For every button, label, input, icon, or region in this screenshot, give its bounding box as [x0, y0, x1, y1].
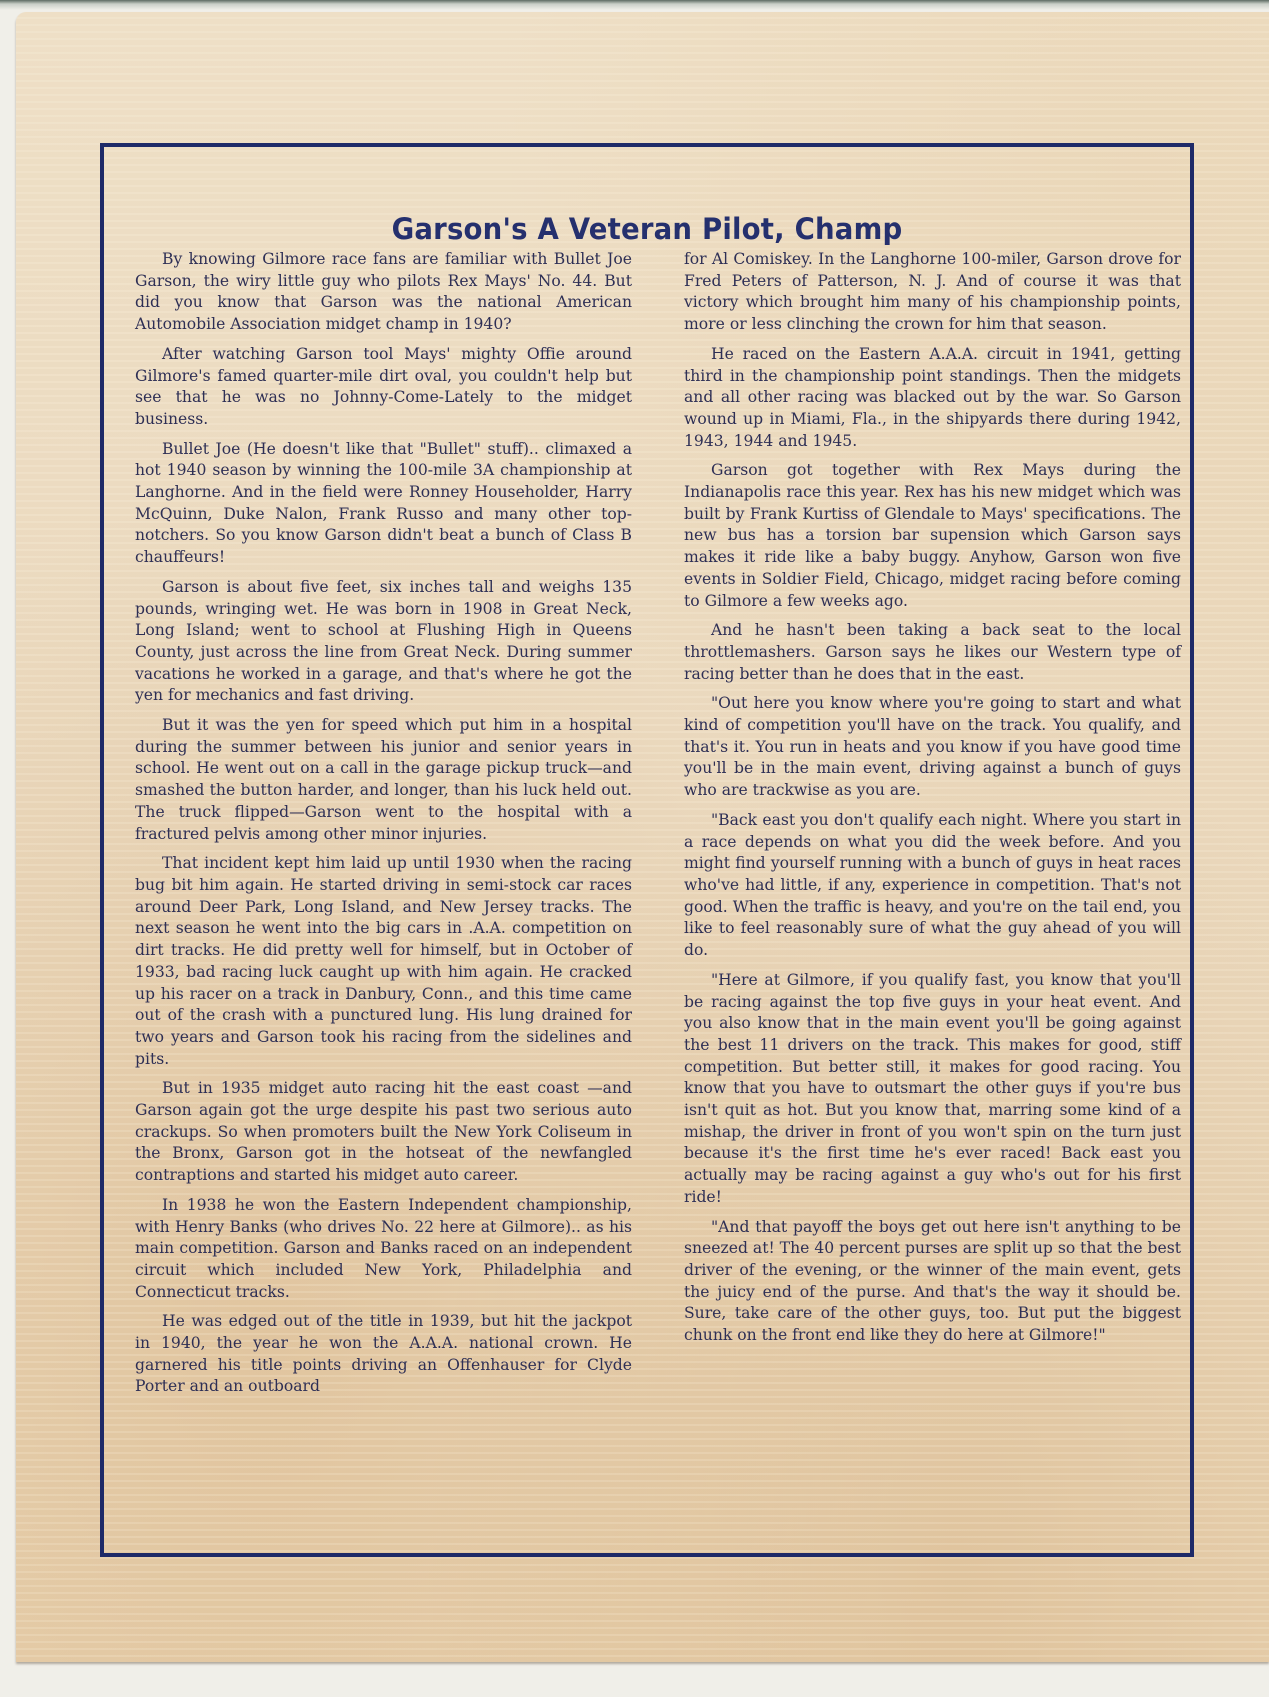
paragraph: And he hasn't been taking a back seat to… — [684, 620, 1181, 685]
quote-paragraph: "Out here you know where you're going to… — [684, 693, 1181, 802]
paragraph: In 1938 he won the Eastern Independent c… — [135, 1195, 632, 1304]
article-border-frame: Garson's A Veteran Pilot, Champ By knowi… — [100, 143, 1194, 1557]
article-column-right: for Al Comiskey. In the Langhorne 100-mi… — [684, 249, 1181, 1355]
paragraph: After watching Garson tool Mays' mighty … — [135, 344, 632, 431]
article-column-left: By knowing Gilmore race fans are familia… — [135, 249, 632, 1406]
paragraph-continued: for Al Comiskey. In the Langhorne 100-mi… — [684, 249, 1181, 336]
paragraph: But it was the yen for speed which put h… — [135, 715, 632, 845]
quote-paragraph: "And that payoff the boys get out here i… — [684, 1217, 1181, 1347]
paragraph: Bullet Joe (He doesn't like that "Bullet… — [135, 439, 632, 569]
paragraph: But in 1935 midget auto racing hit the e… — [135, 1078, 632, 1187]
paragraph: By knowing Gilmore race fans are familia… — [135, 249, 632, 336]
paragraph: He raced on the Eastern A.A.A. circuit i… — [684, 344, 1181, 453]
quote-paragraph: "Here at Gilmore, if you qualify fast, y… — [684, 970, 1181, 1209]
paragraph: Garson is about five feet, six inches ta… — [135, 577, 632, 707]
paragraph: That incident kept him laid up until 193… — [135, 853, 632, 1070]
program-page: Garson's A Veteran Pilot, Champ By knowi… — [16, 12, 1269, 1662]
quote-paragraph: "Back east you don't qualify each night.… — [684, 810, 1181, 962]
paragraph: He was edged out of the title in 1939, b… — [135, 1311, 632, 1398]
article-title: Garson's A Veteran Pilot, Champ — [131, 212, 1163, 246]
paragraph: Garson got together with Rex Mays during… — [684, 460, 1181, 612]
